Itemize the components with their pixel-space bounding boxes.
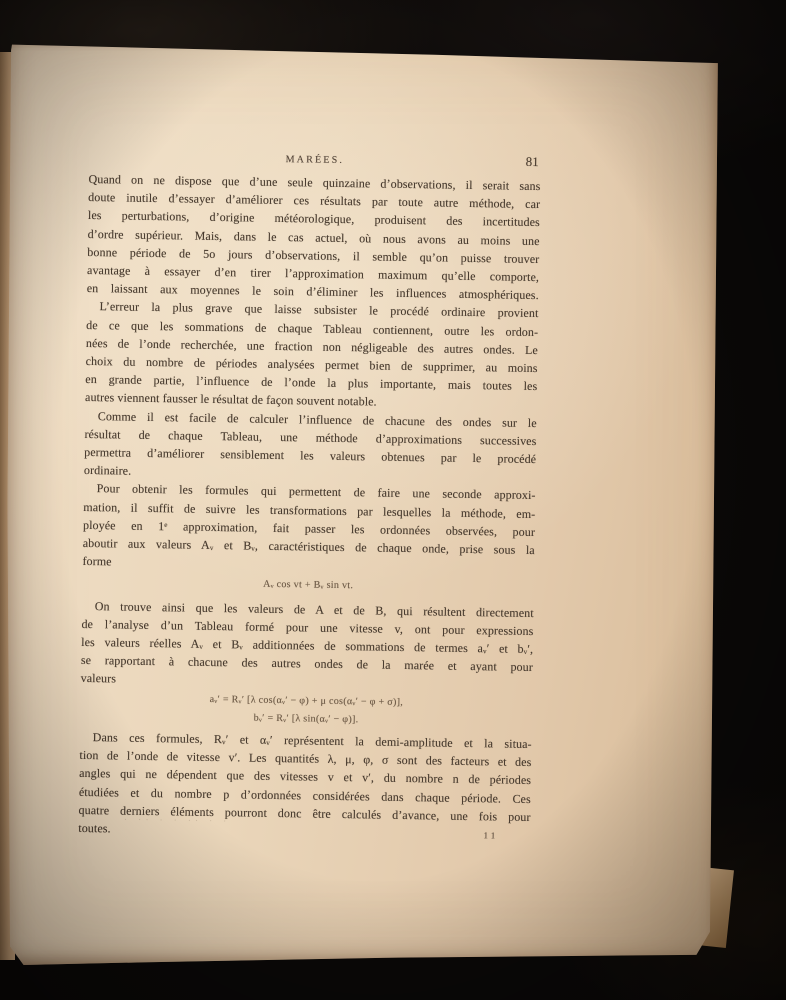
book-page: MARÉES. 81 Quand on ne dispose que d’une…	[5, 40, 720, 965]
paragraph: L’erreur la plus grave que laisse subsis…	[85, 297, 539, 413]
bleed-through-marks: · ·· · · ·· · ·	[124, 811, 231, 831]
page-number: 81	[525, 153, 538, 171]
formula-line: Aᵥ cos vt + Bᵥ sin vt.	[82, 574, 534, 599]
page-content: MARÉES. 81 Quand on ne dispose que d’une…	[78, 148, 541, 845]
paragraph: Comme il est facile de calculer l’influe…	[84, 407, 537, 487]
paragraph: Quand on ne dispose que d’une seule quin…	[87, 170, 541, 305]
page-header: MARÉES. 81	[89, 148, 541, 170]
running-title: MARÉES.	[89, 148, 541, 173]
formula-block: Aᵥ cos vt + Bᵥ sin vt.	[82, 574, 534, 599]
photo-background: MARÉES. 81 Quand on ne dispose que d’une…	[0, 0, 786, 1000]
formula-block: aᵥ′ = Rᵥ′ [λ cos(αᵥ′ − φ) + μ cos(αᵥ′ − …	[80, 690, 533, 733]
paragraph: On trouve ainsi que les valeurs de A et …	[81, 597, 534, 695]
paragraph: Pour obtenir les formules qui permettent…	[82, 479, 535, 577]
text-block: Quand on ne dispose que d’une seule quin…	[78, 170, 540, 844]
